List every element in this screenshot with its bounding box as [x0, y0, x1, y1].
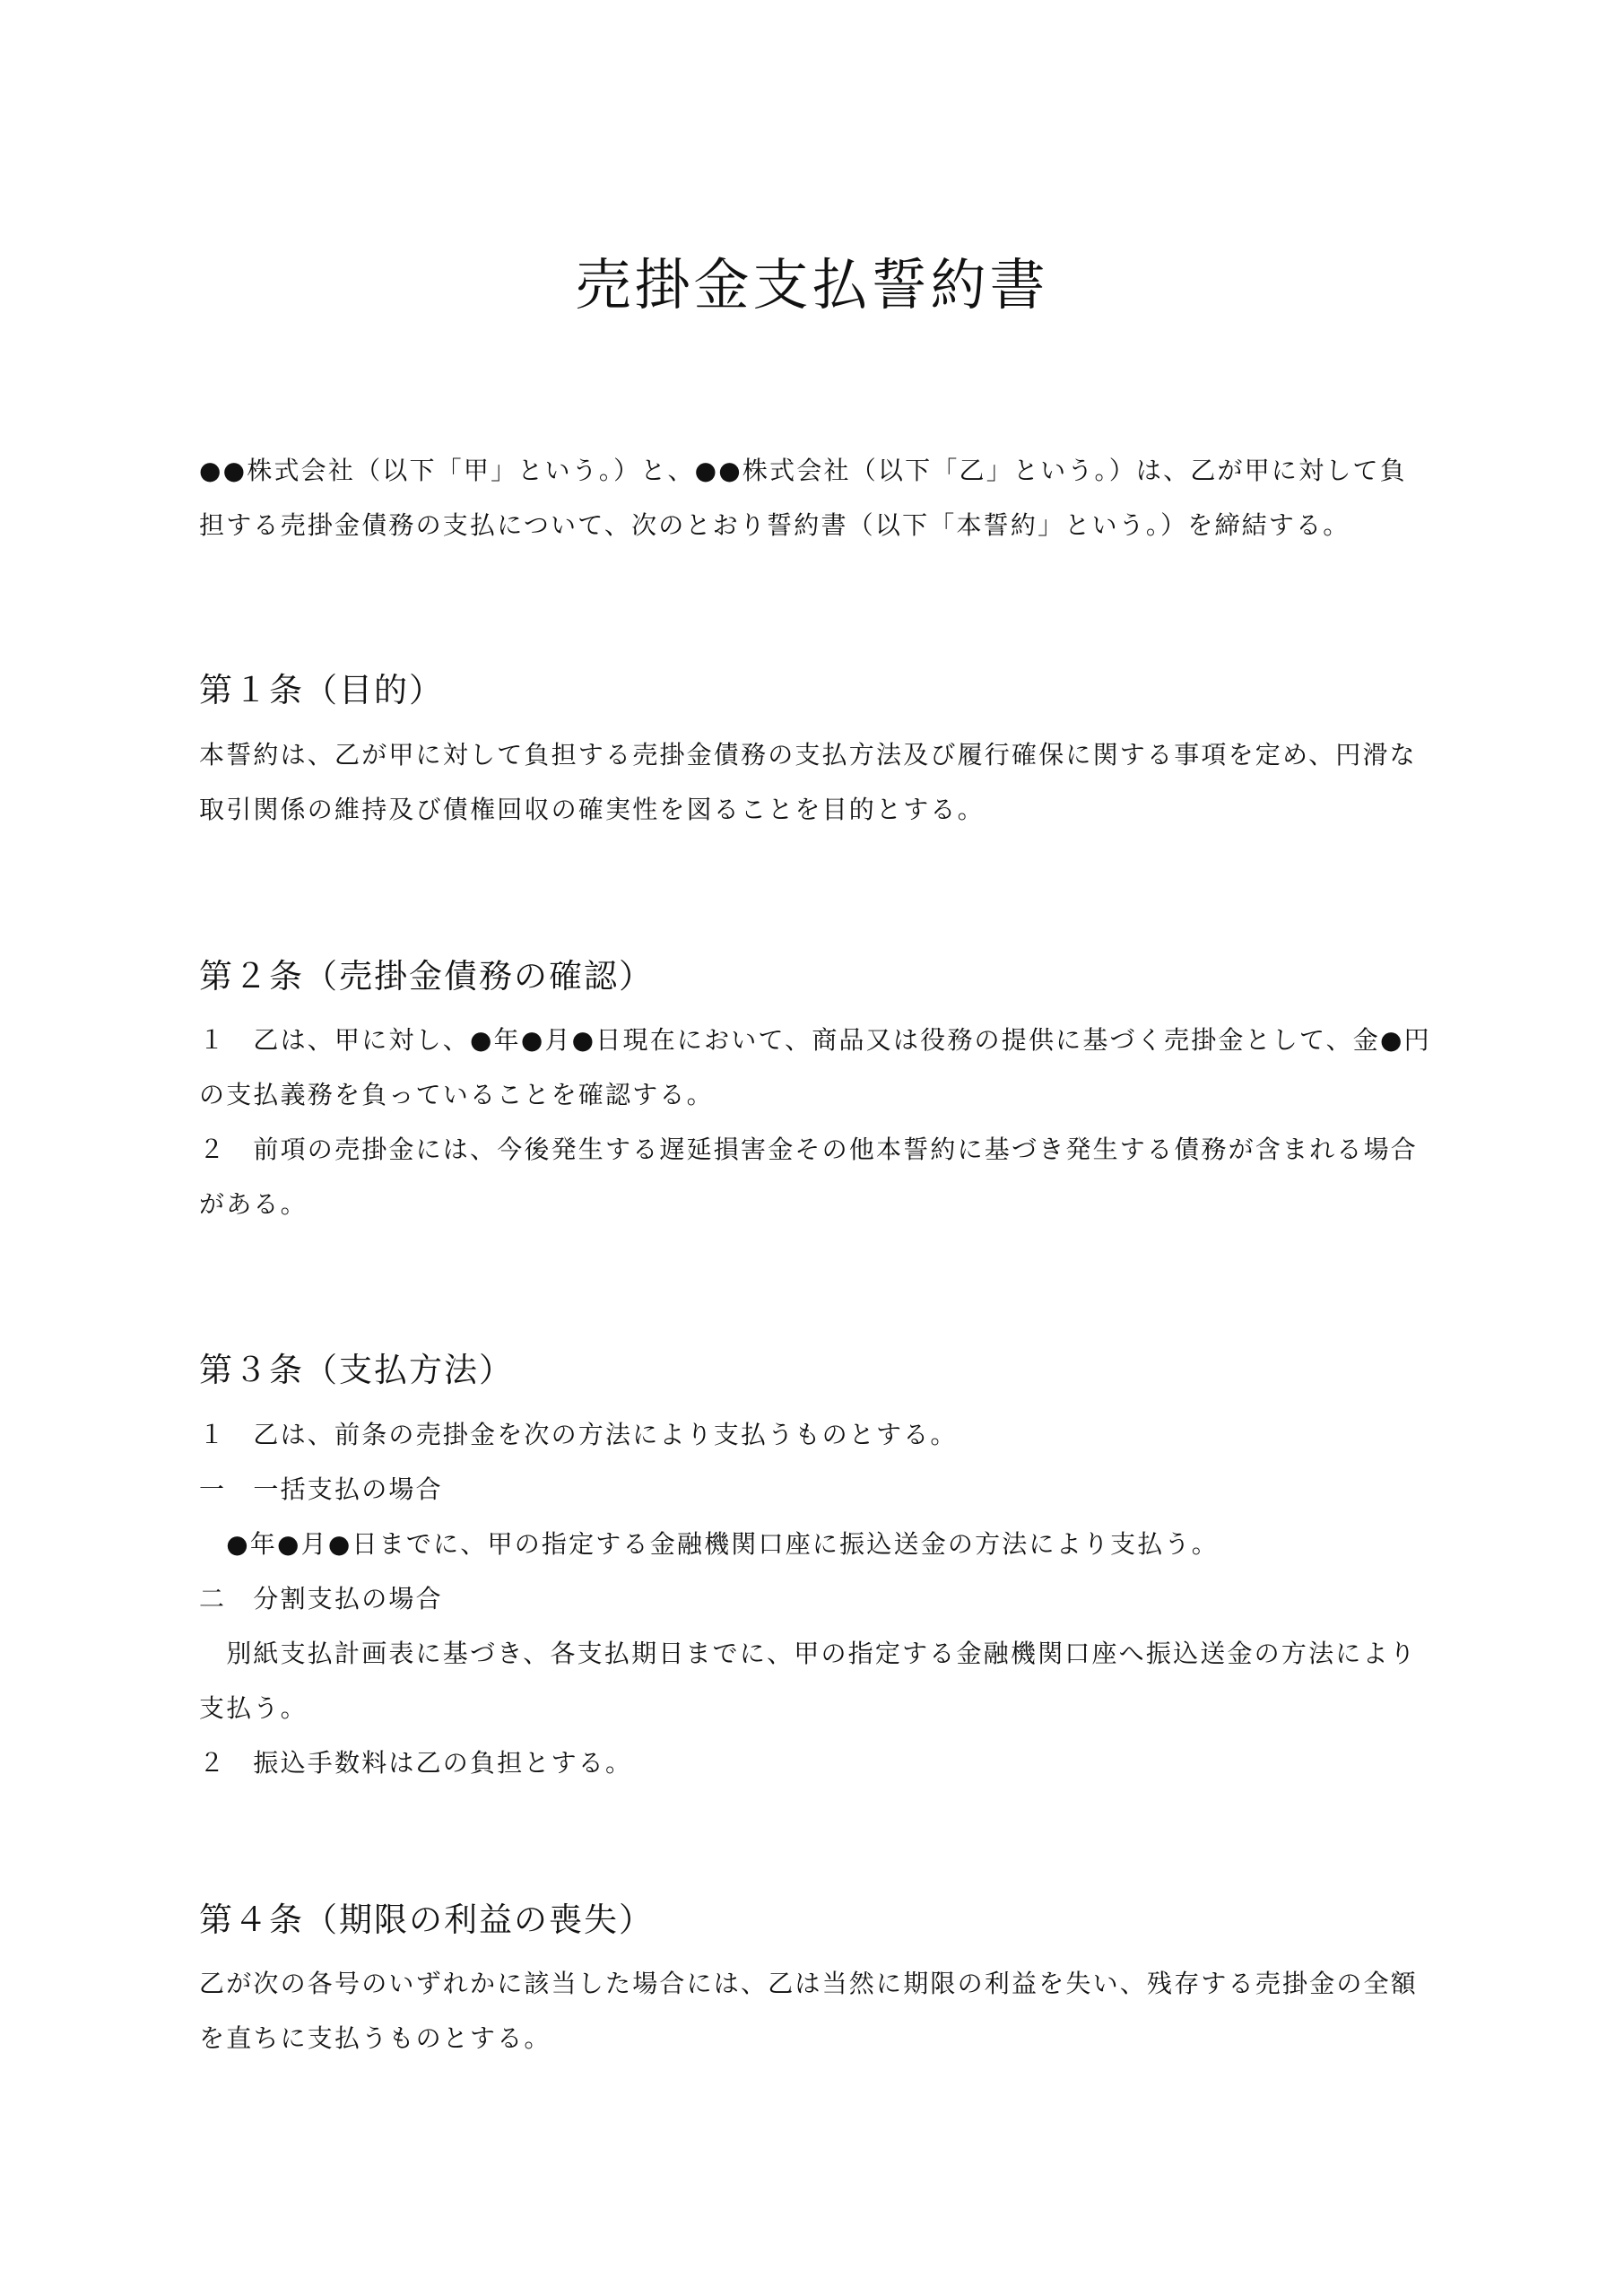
article-3-line: ２ 振込手数料は乙の負担とする。	[199, 1745, 1437, 1781]
article-3-line: ●年●月●日までに、甲の指定する金融機関口座に振込送金の方法により支払う。	[199, 1526, 1437, 1562]
preamble-line: ●●株式会社（以下「甲」という。）と、●●株式会社（以下「乙」という。）は、乙が…	[199, 453, 1437, 489]
article-4-line: 乙が次の各号のいずれかに該当した場合には、乙は当然に期限の利益を失い、残存する売…	[199, 1966, 1437, 2002]
article-3-line: 支払う。	[199, 1691, 1437, 1726]
article-2-line: ２ 前項の売掛金には、今後発生する遅延損害金その他本誓約に基づき発生する債務が含…	[199, 1132, 1437, 1168]
article-1-line: 本誓約は、乙が甲に対して負担する売掛金債務の支払方法及び履行確保に関する事項を定…	[199, 737, 1437, 773]
article-2-line: がある。	[199, 1187, 1437, 1222]
document-title: 売掛金支払誓約書	[0, 249, 1624, 321]
article-4-line: を直ちに支払うものとする。	[199, 2021, 1437, 2057]
article-1-heading: 第１条（目的）	[199, 668, 1437, 713]
article-3-line: １ 乙は、前条の売掛金を次の方法により支払うものとする。	[199, 1417, 1437, 1453]
article-4-heading: 第４条（期限の利益の喪失）	[199, 1898, 1437, 1943]
article-2-heading: 第２条（売掛金債務の確認）	[199, 954, 1437, 999]
article-3-line: 二 分割支払の場合	[199, 1581, 1437, 1617]
article-2-line: １ 乙は、甲に対し、●年●月●日現在において、商品又は役務の提供に基づく売掛金と…	[199, 1022, 1437, 1058]
preamble-line: 担する売掛金債務の支払について、次のとおり誓約書（以下「本誓約」という。）を締結…	[199, 508, 1437, 544]
article-1-line: 取引関係の維持及び債権回収の確実性を図ることを目的とする。	[199, 792, 1437, 828]
document-page: 売掛金支払誓約書 ●●株式会社（以下「甲」という。）と、●●株式会社（以下「乙」…	[0, 0, 1624, 2296]
article-3-heading: 第３条（支払方法）	[199, 1348, 1437, 1393]
article-3-line: 一 一括支払の場合	[199, 1472, 1437, 1508]
article-2-line: の支払義務を負っていることを確認する。	[199, 1077, 1437, 1113]
article-3-line: 別紙支払計画表に基づき、各支払期日までに、甲の指定する金融機関口座へ振込送金の方…	[199, 1636, 1437, 1672]
